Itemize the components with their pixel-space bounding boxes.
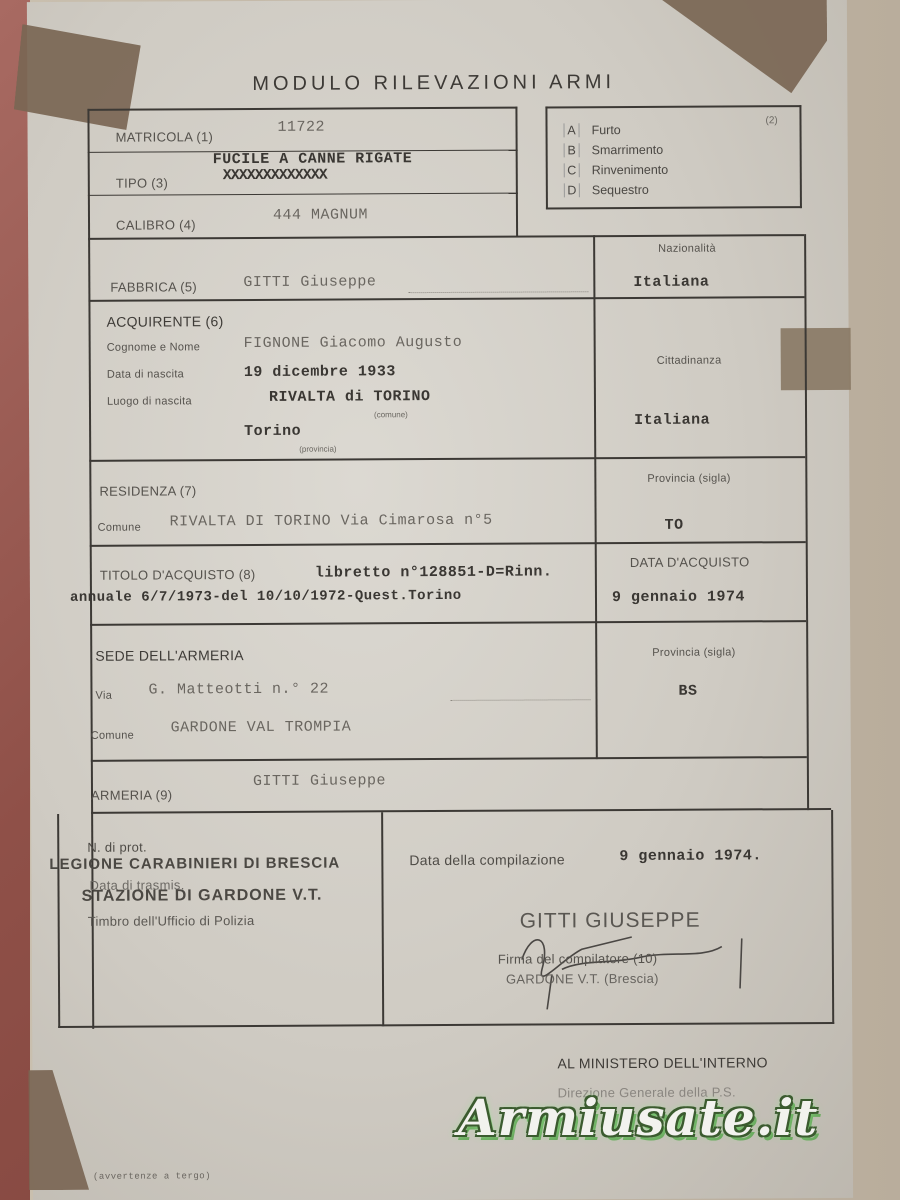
provincia-nascita-value: Torino [244,423,301,440]
firma-label: Firma del compilatore (10) [498,951,658,967]
sede-comune-value: GARDONE VAL TROMPIA [171,718,352,736]
firma-stamp-place: GARDONE V.T. (Brescia) [506,971,659,987]
compilazione-label: Data della compilazione [409,851,565,868]
armeria-label: ARMERIA (9) [91,787,172,802]
n-prot-label: N. di prot. [87,840,147,855]
residenza-provincia-label: Provincia (sigla) [647,472,730,484]
reason-option-furto[interactable]: AFurto [564,123,621,137]
tipo-label: TIPO (3) [116,175,168,190]
luogo-nascita-value: RIVALTA di TORINO [269,388,431,406]
armeria-value: GITTI Giuseppe [253,772,386,790]
matricola-value: 11722 [277,119,325,136]
reason-option-sequestro[interactable]: DSequestro [564,183,649,197]
cittadinanza-label: Cittadinanza [657,355,722,367]
matricola-label: MATRICOLA (1) [116,129,214,145]
cognome-nome-value: FIGNONE Giacomo Augusto [244,334,463,352]
reason-option-smarrimento[interactable]: BSmarrimento [564,143,664,158]
data-nascita-value: 19 dicembre 1933 [244,363,396,381]
tape-top-right [647,0,828,94]
tape-bottom-left [28,1070,89,1190]
avvertenze-note: (avvertenze a tergo) [93,1171,211,1182]
calibro-label: CALIBRO (4) [116,217,196,232]
comune-caption: (comune) [374,410,408,419]
timbro-label: Timbro dell'Ufficio di Polizia [88,913,255,929]
sede-provincia-value: BS [678,683,697,700]
data-nascita-label: Data di nascita [107,368,184,380]
residenza-label: RESIDENZA (7) [99,483,196,499]
fabbrica-value: GITTI Giuseppe [243,273,376,291]
stamp-stazione: STAZIONE DI GARDONE V.T. [82,887,323,906]
compilazione-value: 9 gennaio 1974. [619,847,762,865]
residenza-comune-value: RIVALTA DI TORINO Via Cimarosa n°5 [170,512,493,531]
form-title: MODULO RILEVAZIONI ARMI [252,71,615,96]
nazionalita-label: Nazionalità [658,243,716,255]
fabbrica-label: FABBRICA (5) [110,279,197,294]
cognome-nome-label: Cognome e Nome [107,341,201,353]
tipo-struck-text: XXXXXXXXXXXXX [223,167,327,185]
firearm-record-form: MODULO RILEVAZIONI ARMI (2) AFurto BSmar… [27,0,853,1200]
sede-via-label: Via [95,690,112,702]
sede-comune-label: Comune [91,730,134,742]
stamp-legione: LEGIONE CARABINIERI DI BRESCIA [49,855,340,874]
calibro-value: 444 MAGNUM [273,206,368,223]
reason-option-rinvenimento[interactable]: CRinvenimento [564,163,669,178]
tipo-value: FUCILE A CANNE RIGATE [213,150,413,168]
tape-top-left [13,24,142,130]
provincia-caption: (provincia) [299,445,336,454]
titolo-acquisto-line1: libretto n°128851-D=Rinn. [315,563,553,581]
sede-armeria-label: SEDE DELL'ARMERIA [95,647,244,664]
sede-provincia-label: Provincia (sigla) [652,646,735,658]
nazionalita-value: Italiana [633,274,709,291]
titolo-acquisto-label: TITOLO D'ACQUISTO (8) [100,567,256,583]
armiusate-watermark: Armiusate.it [458,1088,818,1147]
cittadinanza-value: Italiana [634,412,710,429]
acquirente-label: ACQUIRENTE (6) [106,313,223,330]
residenza-provincia-value: TO [665,517,684,534]
sede-via-value: G. Matteotti n.° 22 [148,681,329,699]
titolo-acquisto-line2: annuale 6/7/1973-del 10/10/1972-Quest.To… [70,588,462,606]
data-acquisto-value: 9 gennaio 1974 [612,588,745,606]
luogo-nascita-label: Luogo di nascita [107,395,192,407]
footnote-ref-2: (2) [765,115,777,126]
tape-right [781,328,851,390]
destinatario-line1: AL MINISTERO DELL'INTERNO [557,1054,767,1071]
data-acquisto-label: DATA D'ACQUISTO [630,554,750,570]
residenza-comune-label: Comune [98,522,141,534]
